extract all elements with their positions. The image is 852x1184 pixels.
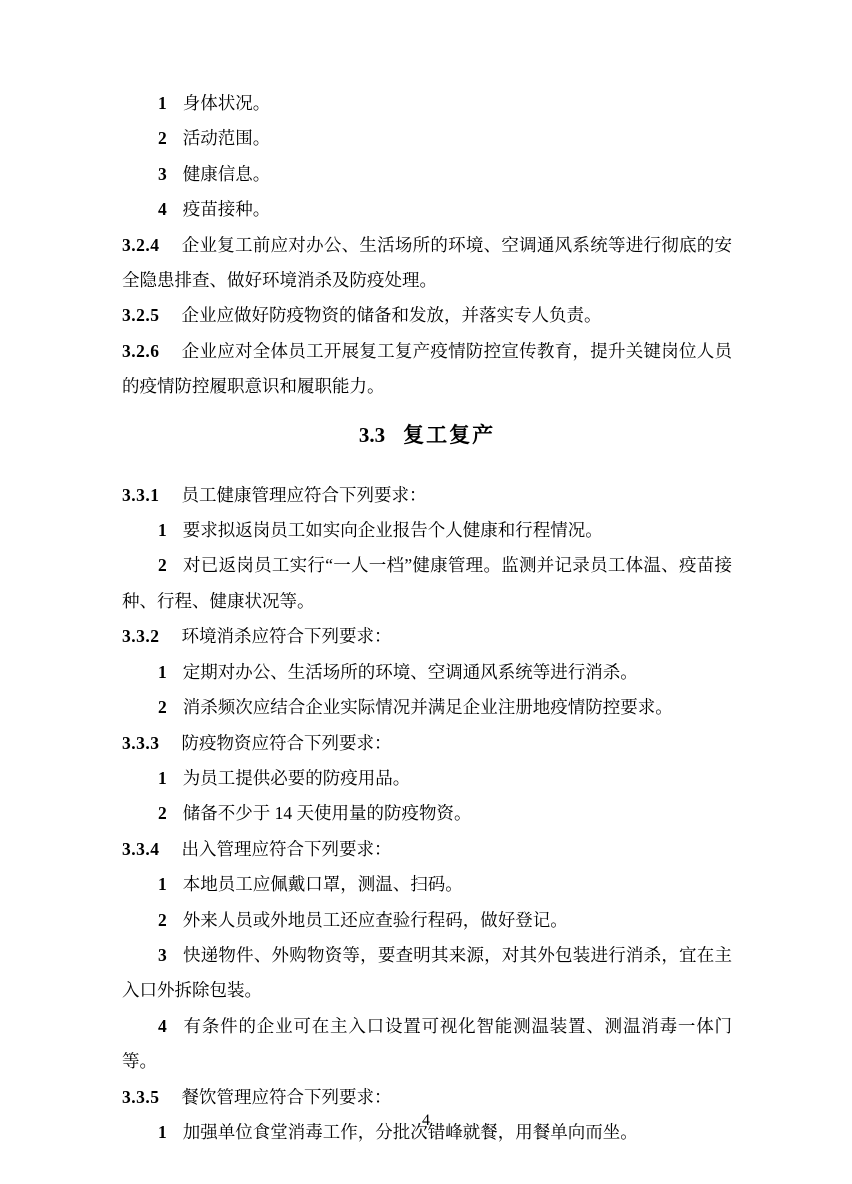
list-item: 2外来人员或外地员工还应查验行程码，做好登记。 (122, 903, 732, 938)
list-item: 1要求拟返岗员工如实向企业报告个人健康和行程情况。 (122, 513, 732, 548)
list-item: 2对已返岗员工实行“一人一档”健康管理。监测并记录员工体温、疫苗接种、行程、健康… (122, 548, 732, 619)
clause-text: 环境消杀应符合下列要求： (182, 626, 392, 646)
item-text: 健康信息。 (183, 164, 271, 184)
item-number: 1 (158, 874, 167, 894)
page-number: 4 (0, 1112, 852, 1130)
item-text: 疫苗接种。 (183, 199, 271, 219)
item-number: 2 (158, 128, 167, 148)
item-text: 快递物件、外购物资等，要查明其来源，对其外包装进行消杀，宜在主入口外拆除包装。 (122, 945, 732, 1000)
item-text: 活动范围。 (183, 128, 271, 148)
section-heading: 3.3复工复产 (122, 415, 732, 456)
clause-text: 出入管理应符合下列要求： (182, 839, 392, 859)
item-text: 为员工提供必要的防疫用品。 (183, 768, 411, 788)
clause-3-2-4: 3.2.4企业复工前应对办公、生活场所的环境、空调通风系统等进行彻底的安全隐患排… (122, 228, 732, 299)
clause-3-2-5: 3.2.5企业应做好防疫物资的储备和发放，并落实专人负责。 (122, 298, 732, 333)
list-item: 3快递物件、外购物资等，要查明其来源，对其外包装进行消杀，宜在主入口外拆除包装。 (122, 938, 732, 1009)
item-text: 本地员工应佩戴口罩，测温、扫码。 (183, 874, 463, 894)
item-text: 有条件的企业可在主入口设置可视化智能测温装置、测温消毒一体门等。 (122, 1016, 732, 1071)
item-number: 1 (158, 93, 167, 113)
list-item: 1为员工提供必要的防疫用品。 (122, 761, 732, 796)
list-item: 1身体状况。 (122, 86, 732, 121)
list-item: 3健康信息。 (122, 157, 732, 192)
list-item: 4疫苗接种。 (122, 192, 732, 227)
list-item: 2储备不少于 14 天使用量的防疫物资。 (122, 796, 732, 831)
document-page: 1身体状况。 2活动范围。 3健康信息。 4疫苗接种。 3.2.4企业复工前应对… (0, 0, 852, 1184)
list-item: 2消杀频次应结合企业实际情况并满足企业注册地疫情防控要求。 (122, 690, 732, 725)
list-item: 1定期对办公、生活场所的环境、空调通风系统等进行消杀。 (122, 655, 732, 690)
item-text: 要求拟返岗员工如实向企业报告个人健康和行程情况。 (183, 520, 603, 540)
clause-number: 3.3.5 (122, 1087, 160, 1107)
item-text: 身体状况。 (183, 93, 271, 113)
list-item: 2活动范围。 (122, 121, 732, 156)
item-number: 2 (158, 555, 167, 575)
item-number: 1 (158, 768, 167, 788)
clause-number: 3.2.5 (122, 305, 160, 325)
section-number: 3.3 (359, 423, 385, 447)
clause-text: 防疫物资应符合下列要求： (182, 733, 392, 753)
item-text: 对已返岗员工实行“一人一档”健康管理。监测并记录员工体温、疫苗接种、行程、健康状… (122, 555, 732, 610)
item-text: 外来人员或外地员工还应查验行程码，做好登记。 (183, 910, 568, 930)
clause-text: 企业应对全体员工开展复工复产疫情防控宣传教育，提升关键岗位人员的疫情防控履职意识… (122, 341, 732, 396)
list-item: 4有条件的企业可在主入口设置可视化智能测温装置、测温消毒一体门等。 (122, 1009, 732, 1080)
clause-3-2-6: 3.2.6企业应对全体员工开展复工复产疫情防控宣传教育，提升关键岗位人员的疫情防… (122, 334, 732, 405)
clause-3-3-2: 3.3.2环境消杀应符合下列要求： (122, 619, 732, 654)
item-number: 1 (158, 662, 167, 682)
item-number: 1 (158, 520, 167, 540)
clause-3-3-4: 3.3.4出入管理应符合下列要求： (122, 832, 732, 867)
clause-text: 餐饮管理应符合下列要求： (182, 1087, 392, 1107)
clause-text: 企业复工前应对办公、生活场所的环境、空调通风系统等进行彻底的安全隐患排查、做好环… (122, 235, 732, 290)
clause-number: 3.2.6 (122, 341, 160, 361)
clause-number: 3.2.4 (122, 235, 160, 255)
item-number: 3 (158, 945, 167, 965)
clause-3-3-3: 3.3.3防疫物资应符合下列要求： (122, 726, 732, 761)
clause-text: 员工健康管理应符合下列要求： (182, 485, 427, 505)
item-number: 3 (158, 164, 167, 184)
section-title: 复工复产 (403, 424, 495, 447)
list-item: 1本地员工应佩戴口罩，测温、扫码。 (122, 867, 732, 902)
clause-3-3-5: 3.3.5餐饮管理应符合下列要求： (122, 1080, 732, 1115)
clause-3-3-1: 3.3.1员工健康管理应符合下列要求： (122, 478, 732, 513)
document-body: 1身体状况。 2活动范围。 3健康信息。 4疫苗接种。 3.2.4企业复工前应对… (122, 86, 732, 1150)
item-number: 4 (158, 1016, 167, 1036)
clause-text: 企业应做好防疫物资的储备和发放，并落实专人负责。 (182, 305, 602, 325)
item-number: 4 (158, 199, 167, 219)
item-text: 储备不少于 14 天使用量的防疫物资。 (183, 803, 472, 823)
clause-number: 3.3.4 (122, 839, 160, 859)
item-text: 消杀频次应结合企业实际情况并满足企业注册地疫情防控要求。 (183, 697, 673, 717)
item-number: 2 (158, 910, 167, 930)
clause-number: 3.3.2 (122, 626, 160, 646)
item-number: 2 (158, 697, 167, 717)
clause-number: 3.3.3 (122, 733, 160, 753)
clause-number: 3.3.1 (122, 485, 160, 505)
item-text: 定期对办公、生活场所的环境、空调通风系统等进行消杀。 (183, 662, 638, 682)
item-number: 2 (158, 803, 167, 823)
